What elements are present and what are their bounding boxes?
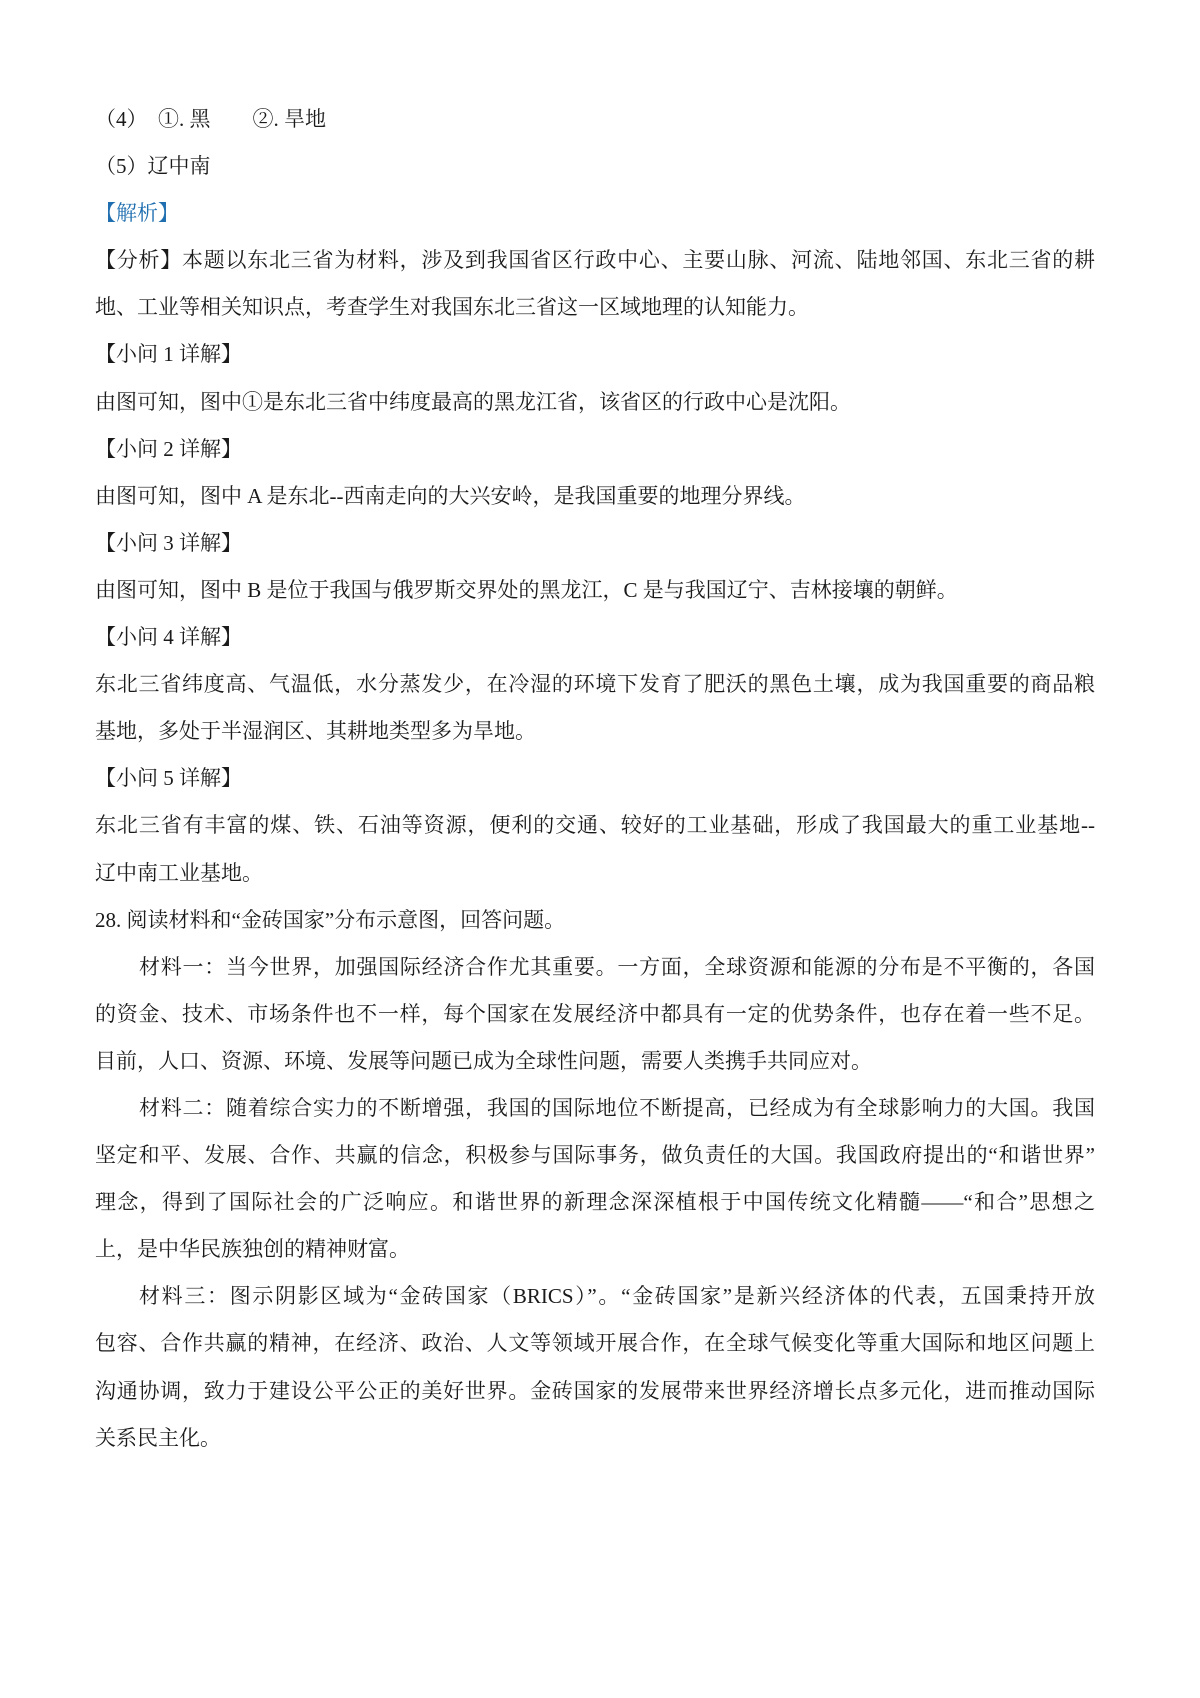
subquestion-5-detail-line-2: 辽中南工业基地。 bbox=[95, 850, 1095, 897]
answer-item-4: （4） ①. 黑 ②. 旱地 bbox=[95, 96, 1095, 143]
material-1-line-1: 材料一：当今世界，加强国际经济合作尤其重要。一方面，全球资源和能源的分布是不平衡… bbox=[95, 944, 1095, 991]
document-page: （4） ①. 黑 ②. 旱地 （5）辽中南 【解析】 【分析】本题以东北三省为材… bbox=[0, 0, 1200, 1698]
subquestion-2-heading: 【小问 2 详解】 bbox=[95, 426, 1095, 473]
subquestion-5-detail-line-1: 东北三省有丰富的煤、铁、石油等资源，便利的交通、较好的工业基础，形成了我国最大的… bbox=[95, 802, 1095, 849]
subquestion-4-heading: 【小问 4 详解】 bbox=[95, 614, 1095, 661]
subquestion-4-detail-line-1: 东北三省纬度高、气温低，水分蒸发少，在冷湿的环境下发育了肥沃的黑色土壤，成为我国… bbox=[95, 661, 1095, 708]
subquestion-2-detail: 由图可知，图中 A 是东北--西南走向的大兴安岭，是我国重要的地理分界线。 bbox=[95, 473, 1095, 520]
analysis-overview-line-1: 【分析】本题以东北三省为材料，涉及到我国省区行政中心、主要山脉、河流、陆地邻国、… bbox=[95, 237, 1095, 284]
question-28-stem: 28. 阅读材料和“金砖国家”分布示意图，回答问题。 bbox=[95, 897, 1095, 944]
analysis-section-heading: 【解析】 bbox=[95, 190, 1095, 237]
subquestion-1-heading: 【小问 1 详解】 bbox=[95, 331, 1095, 378]
material-2-line-2: 坚定和平、发展、合作、共赢的信念，积极参与国际事务，做负责任的大国。我国政府提出… bbox=[95, 1132, 1095, 1179]
material-1-line-3: 目前，人口、资源、环境、发展等问题已成为全球性问题，需要人类携手共同应对。 bbox=[95, 1038, 1095, 1085]
material-1-line-2: 的资金、技术、市场条件也不一样，每个国家在发展经济中都具有一定的优势条件，也存在… bbox=[95, 991, 1095, 1038]
subquestion-1-detail: 由图可知，图中①是东北三省中纬度最高的黑龙江省，该省区的行政中心是沈阳。 bbox=[95, 379, 1095, 426]
document-content: （4） ①. 黑 ②. 旱地 （5）辽中南 【解析】 【分析】本题以东北三省为材… bbox=[95, 96, 1095, 1462]
subquestion-3-heading: 【小问 3 详解】 bbox=[95, 520, 1095, 567]
material-2-line-3: 理念，得到了国际社会的广泛响应。和谐世界的新理念深深植根于中国传统文化精髓——“… bbox=[95, 1179, 1095, 1226]
material-2-line-1: 材料二：随着综合实力的不断增强，我国的国际地位不断提高，已经成为有全球影响力的大… bbox=[95, 1085, 1095, 1132]
material-2-line-4: 上，是中华民族独创的精神财富。 bbox=[95, 1226, 1095, 1273]
subquestion-3-detail: 由图可知，图中 B 是位于我国与俄罗斯交界处的黑龙江，C 是与我国辽宁、吉林接壤… bbox=[95, 567, 1095, 614]
analysis-overview-line-2: 地、工业等相关知识点，考查学生对我国东北三省这一区域地理的认知能力。 bbox=[95, 284, 1095, 331]
material-3-line-1: 材料三：图示阴影区域为“金砖国家（BRICS）”。“金砖国家”是新兴经济体的代表… bbox=[95, 1273, 1095, 1320]
subquestion-4-detail-line-2: 基地，多处于半湿润区、其耕地类型多为旱地。 bbox=[95, 708, 1095, 755]
answer-item-5: （5）辽中南 bbox=[95, 143, 1095, 190]
material-3-line-4: 关系民主化。 bbox=[95, 1415, 1095, 1462]
subquestion-5-heading: 【小问 5 详解】 bbox=[95, 755, 1095, 802]
material-3-line-2: 包容、合作共赢的精神，在经济、政治、人文等领域开展合作，在全球气候变化等重大国际… bbox=[95, 1320, 1095, 1367]
material-3-line-3: 沟通协调，致力于建设公平公正的美好世界。金砖国家的发展带来世界经济增长点多元化，… bbox=[95, 1368, 1095, 1415]
